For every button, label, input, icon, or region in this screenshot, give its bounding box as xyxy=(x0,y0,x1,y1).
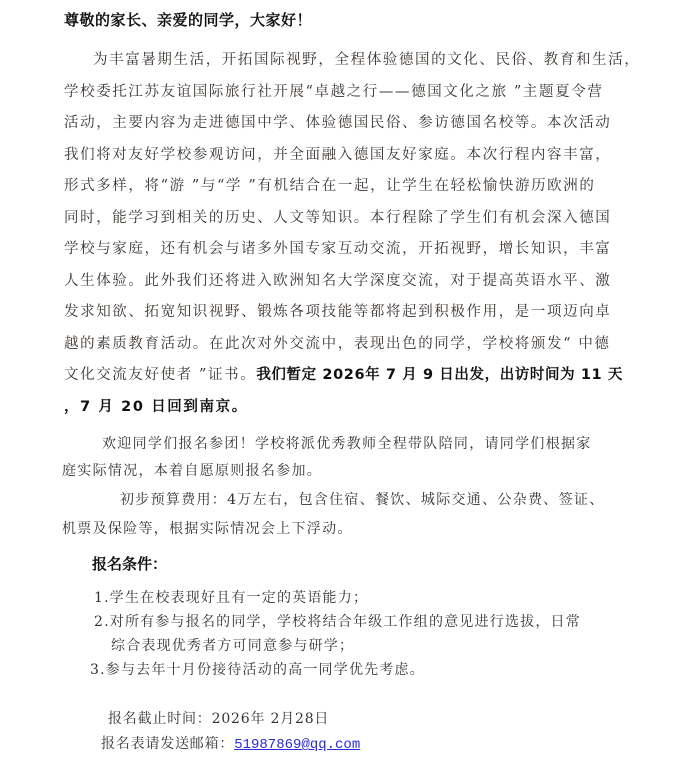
conditions-title: 报名条件： xyxy=(92,553,167,574)
conditions-list: 1.学生在校表现好且有一定的英语能力； 2.对所有参与报名的同学，学校将结合年级… xyxy=(94,586,581,682)
condition-item: 2.对所有参与报名的同学，学校将结合年级工作组的意见进行选拔，日常 xyxy=(94,610,581,634)
intro-line: 同时，能学习到相关的历史、人文等知识。本行程除了学生们有机会深入德国 xyxy=(64,203,624,235)
intro-paragraph: 为丰富暑期生活，开拓国际视野，全程体验德国的文化、民俗、教育和生活， 学校委托江… xyxy=(64,45,624,423)
condition-item: 3.参与去年十月份接待活动的高一同学优先考虑。 xyxy=(90,658,581,682)
certificate-text: 文化交流友好使者 ”证书。 xyxy=(64,367,256,383)
intro-line-mixed: 文化交流友好使者 ”证书。我们暂定 2026年 7 月 9 日出发，出访时间为 … xyxy=(64,360,624,392)
budget-line: 机票及保险等，根据实际情况会上下浮动。 xyxy=(62,518,642,540)
email-link[interactable]: 51987869@qq.com xyxy=(234,737,360,753)
intro-line: 活动，主要内容为走进德国中学、体验德国民俗、参访德国名校等。本次活动 xyxy=(64,108,624,140)
welcome-line: 欢迎同学们报名参团！学校将派优秀教师全程带队陪同，请同学们根据家 xyxy=(62,428,642,460)
email-label: 报名表请发送邮箱： xyxy=(101,736,234,752)
welcome-paragraph: 欢迎同学们报名参团！学校将派优秀教师全程带队陪同，请同学们根据家 庭实际情况，本… xyxy=(62,428,642,540)
condition-item: 1.学生在校表现好且有一定的英语能力； xyxy=(94,586,581,610)
deadline-label: 报名截止时间： xyxy=(108,711,212,727)
welcome-line: 庭实际情况，本着自愿原则报名参加。 xyxy=(62,460,642,482)
return-date-text: ，7 月 20 日回到南京。 xyxy=(64,392,624,424)
intro-line: 为丰富暑期生活，开拓国际视野，全程体验德国的文化、民俗、教育和生活， xyxy=(64,45,624,77)
intro-line: 我们将对友好学校参观访问，并全面融入德国友好家庭。本次行程内容丰富， xyxy=(64,140,624,172)
intro-line: 发求知欲、拓宽知识视野、锻炼各项技能等都将起到积极作用，是一项迈向卓 xyxy=(64,297,624,329)
budget-line: 初步预算费用：4万左右，包含住宿、餐饮、城际交通、公杂费、签证、 xyxy=(62,482,642,518)
condition-item-continuation: 综合表现优秀者方可同意参与研学； xyxy=(94,634,581,658)
departure-date-text: 我们暂定 2026年 7 月 9 日出发，出访时间为 11 天 xyxy=(256,367,623,383)
intro-line: 学校与家庭，还有机会与诸多外国专家互动交流，开拓视野，增长知识，丰富 xyxy=(64,234,624,266)
intro-line: 人生体验。此外我们还将进入欧洲知名大学深度交流，对于提高英语水平、激 xyxy=(64,266,624,298)
intro-line: 越的素质教育活动。在此次对外交流中，表现出色的同学，学校将颁发“ 中德 xyxy=(64,329,624,361)
deadline-value: 2026年 2月28日 xyxy=(212,711,330,727)
intro-line: 学校委托江苏友谊国际旅行社开展“卓越之行——德国文化之旅 ”主题夏令营 xyxy=(64,77,624,109)
email-row: 报名表请发送邮箱：51987869@qq.com xyxy=(101,733,360,753)
greeting-heading: 尊敬的家长、亲爱的同学，大家好！ xyxy=(64,9,312,30)
deadline-row: 报名截止时间：2026年 2月28日 xyxy=(108,708,329,728)
intro-line: 形式多样，将“游 ”与“学 ”有机结合在一起，让学生在轻松愉快游历欧洲的 xyxy=(64,171,624,203)
